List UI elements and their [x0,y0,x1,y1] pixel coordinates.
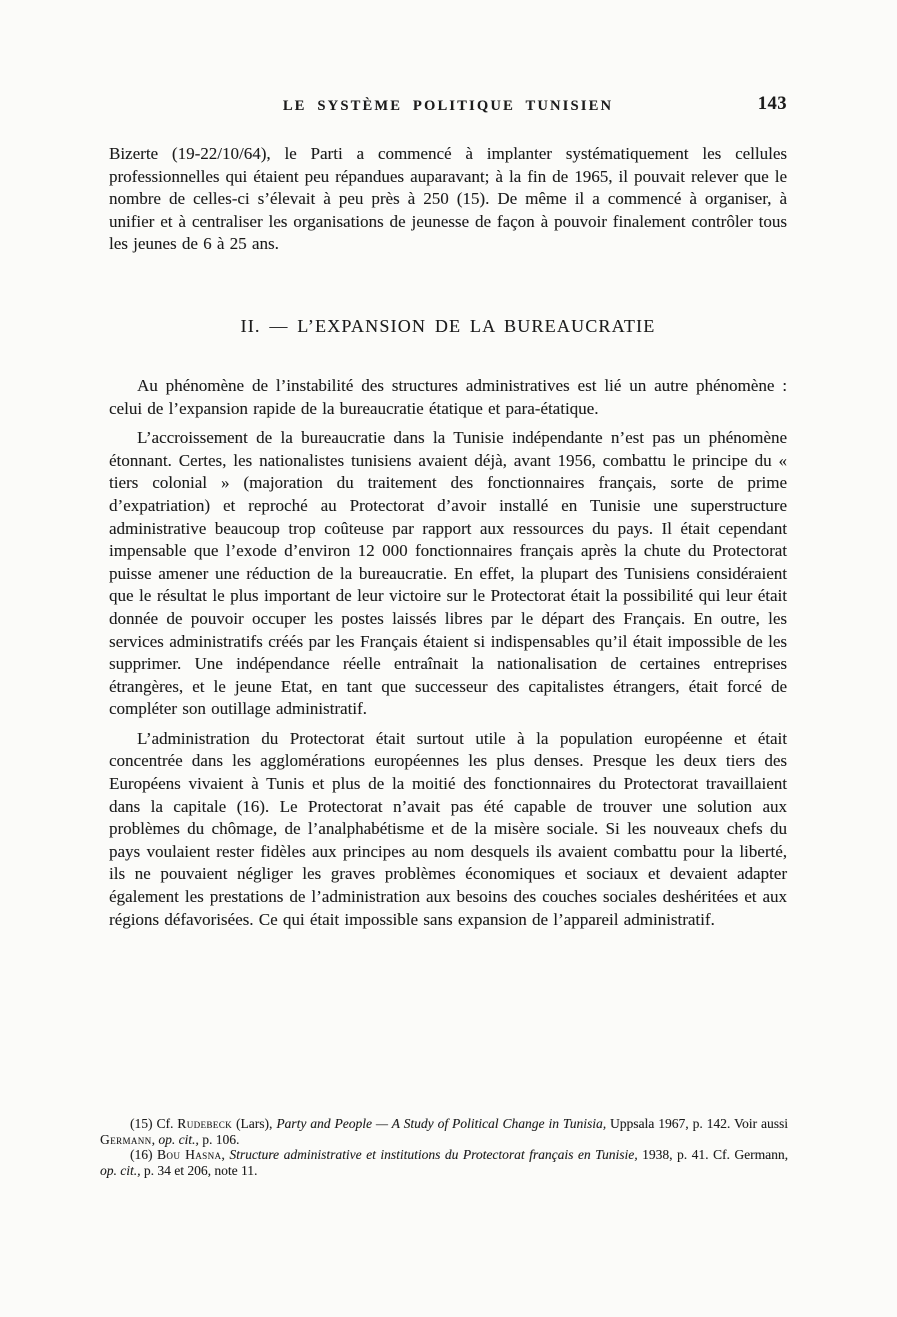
page-body: Bizerte (19-22/10/64), le Parti a commen… [109,143,787,931]
footnote-16: (16) Bou Hasna, Structure administrative… [100,1147,788,1178]
footnotes-block: (15) Cf. Rudebeck (Lars), Party and Peop… [100,1116,788,1178]
running-head-title: LE SYSTÈME POLITIQUE TUNISIEN [283,98,613,114]
running-head: LE SYSTÈME POLITIQUE TUNISIEN 143 [109,97,787,121]
paragraph: Au phénomène de l’instabilité des struct… [109,375,787,420]
page-number: 143 [758,94,787,115]
footnote-15: (15) Cf. Rudebeck (Lars), Party and Peop… [100,1116,788,1147]
paragraph-continuation: Bizerte (19-22/10/64), le Parti a commen… [109,143,787,256]
section-heading: II. — L’EXPANSION DE LA BUREAUCRATIE [109,316,787,337]
text-column: LE SYSTÈME POLITIQUE TUNISIEN 143 Bizert… [109,97,787,931]
paragraph: L’accroissement de la bureaucratie dans … [109,427,787,721]
scanned-book-page: LE SYSTÈME POLITIQUE TUNISIEN 143 Bizert… [0,0,897,1317]
paragraph: L’administration du Protectorat était su… [109,728,787,931]
